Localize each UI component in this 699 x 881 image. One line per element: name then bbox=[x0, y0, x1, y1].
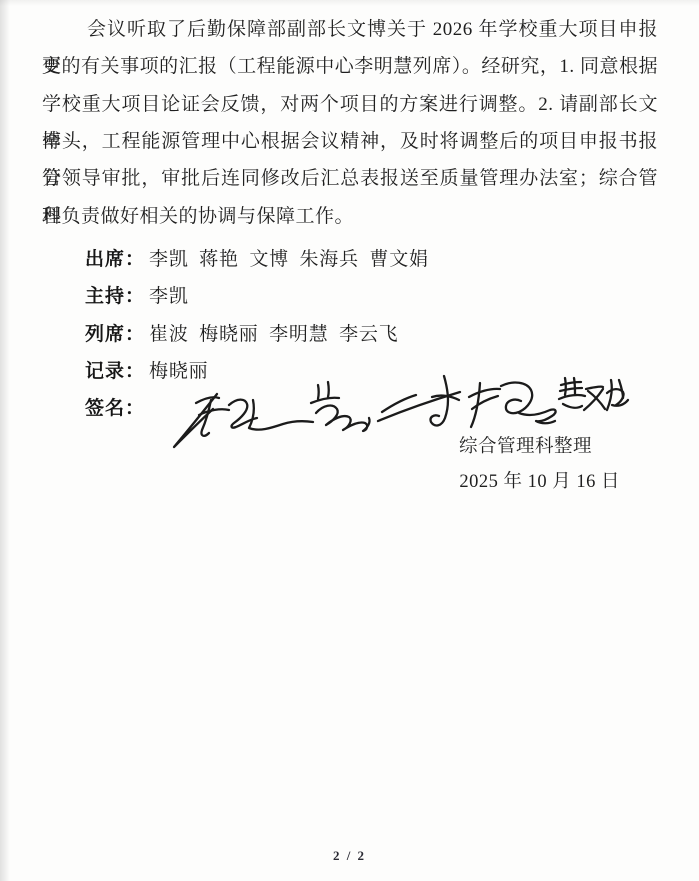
recorder-label: 记录： bbox=[85, 361, 145, 382]
attendance-row-chair: 主持：李凯 bbox=[85, 278, 658, 315]
chair-name: 李凯 bbox=[149, 286, 189, 307]
paragraph-line: 科负责做好相关的协调与保障工作。 bbox=[42, 198, 658, 235]
paragraph-line: 更的有关事项的汇报（工程能源中心李明慧列席）。经研究，1. 同意根据 bbox=[42, 48, 658, 85]
signature-label: 签名： bbox=[85, 398, 145, 419]
signature-5-handwriting bbox=[559, 378, 628, 410]
attendees-names: 李凯 蒋艳 文博 朱海兵 曹文娟 bbox=[149, 249, 429, 270]
date-line: 2025 年 10 月 16 日 bbox=[42, 470, 620, 494]
paragraph-line: 牵头，工程能源管理中心根据会议精神，及时将调整后的项目申报书报分 bbox=[42, 123, 658, 160]
attendance-row-observers: 列席：崔波 梅晓丽 李明慧 李云飞 bbox=[85, 316, 658, 353]
paragraph-line: 学校重大项目论证会反馈，对两个项目的方案进行调整。2. 请副部长文博 bbox=[42, 86, 658, 123]
observers-label: 列席： bbox=[85, 324, 145, 345]
signature-2-handwriting bbox=[311, 382, 370, 431]
signature-4-handwriting bbox=[469, 383, 556, 427]
body-paragraph: 会议听取了后勤保障部副部长文博关于 2026 年学校重大项目申报变 更的有关事项… bbox=[42, 11, 658, 235]
attendees-label: 出席： bbox=[85, 249, 145, 270]
page-number: 2 / 2 bbox=[0, 848, 699, 864]
paragraph-line: 会议听取了后勤保障部副部长文博关于 2026 年学校重大项目申报变 bbox=[42, 11, 658, 48]
scanned-document-page: 会议听取了后勤保障部副部长文博关于 2026 年学校重大项目申报变 更的有关事项… bbox=[0, 0, 699, 881]
organizer-line: 综合管理科整理 bbox=[42, 435, 592, 459]
signature-3-handwriting bbox=[378, 376, 460, 425]
observers-names: 崔波 梅晓丽 李明慧 李云飞 bbox=[149, 324, 398, 345]
chair-label: 主持： bbox=[85, 286, 145, 307]
paragraph-line: 管领导审批，审批后连同修改后汇总表报送至质量管理办法室；综合管理 bbox=[42, 160, 658, 197]
attendance-row-attendees: 出席：李凯 蒋艳 文博 朱海兵 曹文娟 bbox=[85, 241, 658, 278]
